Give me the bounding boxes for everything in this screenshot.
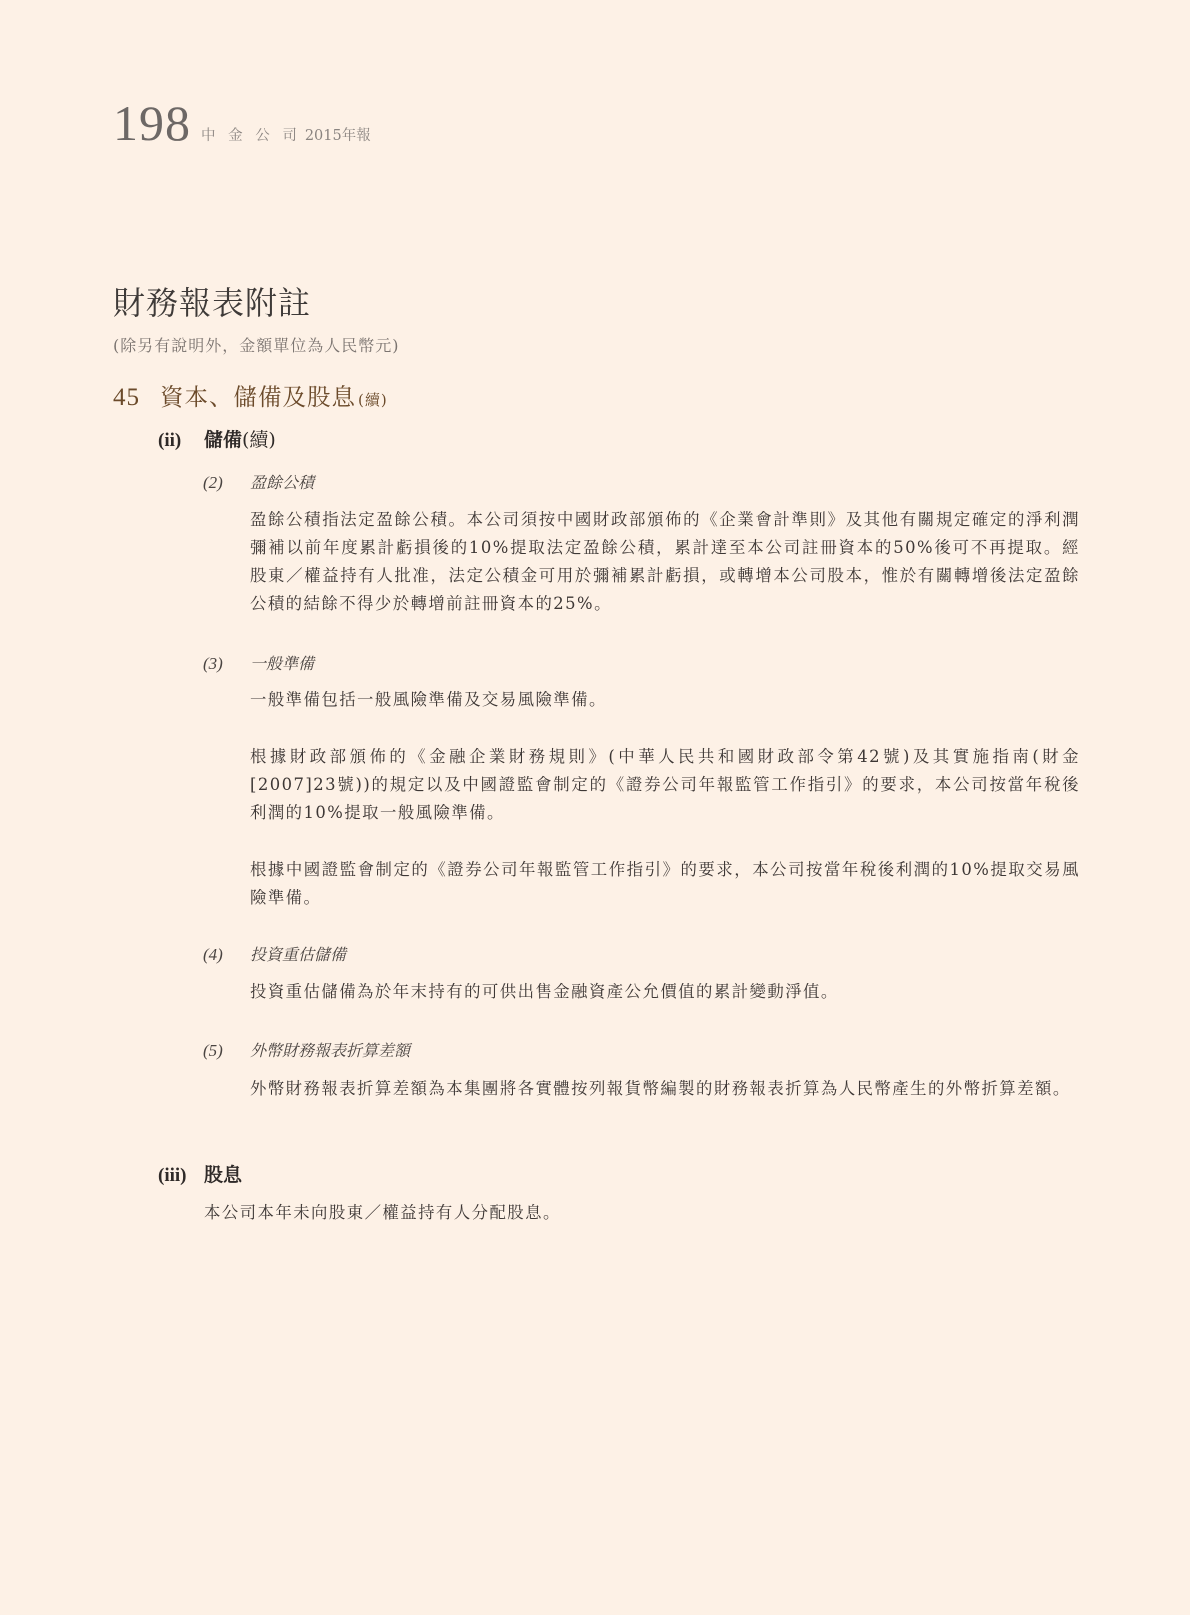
page-number: 198 bbox=[113, 98, 191, 148]
item-heading-surplus-reserve: (2) 盈餘公積 bbox=[203, 470, 314, 493]
paragraph-general-reserve-2: 根據財政部頒佈的《金融企業財務規則》(中華人民共和國財政部令第42號)及其實施指… bbox=[250, 743, 1080, 827]
item-number: (3) bbox=[203, 654, 250, 674]
paragraph-general-reserve-3: 根據中國證監會制定的《證券公司年報監管工作指引》的要求，本公司按當年稅後利潤的1… bbox=[250, 856, 1080, 912]
company-name: 中 金 公 司 bbox=[201, 128, 301, 144]
item-number: (2) bbox=[203, 473, 250, 493]
subsection-continued: (續) bbox=[242, 425, 276, 452]
item-title: 外幣財務報表折算差額 bbox=[250, 1038, 410, 1061]
subsection-number: (ii) bbox=[158, 430, 204, 452]
subsection-heading-dividends: (iii) 股息 bbox=[158, 1160, 242, 1187]
document-subtitle: (除另有說明外，金額單位為人民幣元) bbox=[113, 333, 400, 356]
item-heading-translation-difference: (5) 外幣財務報表折算差額 bbox=[203, 1038, 410, 1061]
item-title: 盈餘公積 bbox=[250, 470, 314, 493]
page-header: 198 中 金 公 司2015年報 bbox=[113, 98, 371, 148]
subsection-title: 儲備 bbox=[204, 425, 242, 452]
section-number: 45 bbox=[113, 384, 160, 412]
paragraph-translation-difference: 外幣財務報表折算差額為本集團將各實體按列報貨幣編製的財務報表折算為人民幣產生的外… bbox=[250, 1075, 1080, 1103]
section-title: 資本、儲備及股息 bbox=[160, 378, 356, 412]
item-title: 一般準備 bbox=[250, 651, 314, 674]
document-title: 財務報表附註 bbox=[113, 284, 311, 322]
paragraph-general-reserve-1: 一般準備包括一般風險準備及交易風險準備。 bbox=[250, 686, 1080, 714]
report-year: 2015年報 bbox=[305, 128, 371, 144]
item-number: (4) bbox=[203, 945, 250, 965]
item-heading-general-reserve: (3) 一般準備 bbox=[203, 651, 314, 674]
paragraph-surplus-reserve: 盈餘公積指法定盈餘公積。本公司須按中國財政部頒佈的《企業會計準則》及其他有關規定… bbox=[250, 506, 1080, 618]
subsection-number: (iii) bbox=[158, 1165, 204, 1187]
paragraph-investment-revaluation: 投資重估儲備為於年末持有的可供出售金融資產公允價值的累計變動淨值。 bbox=[250, 978, 1080, 1006]
subsection-title: 股息 bbox=[204, 1160, 242, 1187]
section-heading: 45 資本、儲備及股息 (續) bbox=[113, 378, 388, 412]
item-heading-investment-revaluation: (4) 投資重估儲備 bbox=[203, 942, 346, 965]
publication-name: 中 金 公 司2015年報 bbox=[201, 124, 371, 145]
section-continued: (續) bbox=[358, 389, 388, 410]
item-title: 投資重估儲備 bbox=[250, 942, 346, 965]
item-number: (5) bbox=[203, 1041, 250, 1061]
paragraph-dividends: 本公司本年未向股東／權益持有人分配股息。 bbox=[204, 1199, 1034, 1227]
subsection-heading-reserves: (ii) 儲備 (續) bbox=[158, 425, 276, 452]
